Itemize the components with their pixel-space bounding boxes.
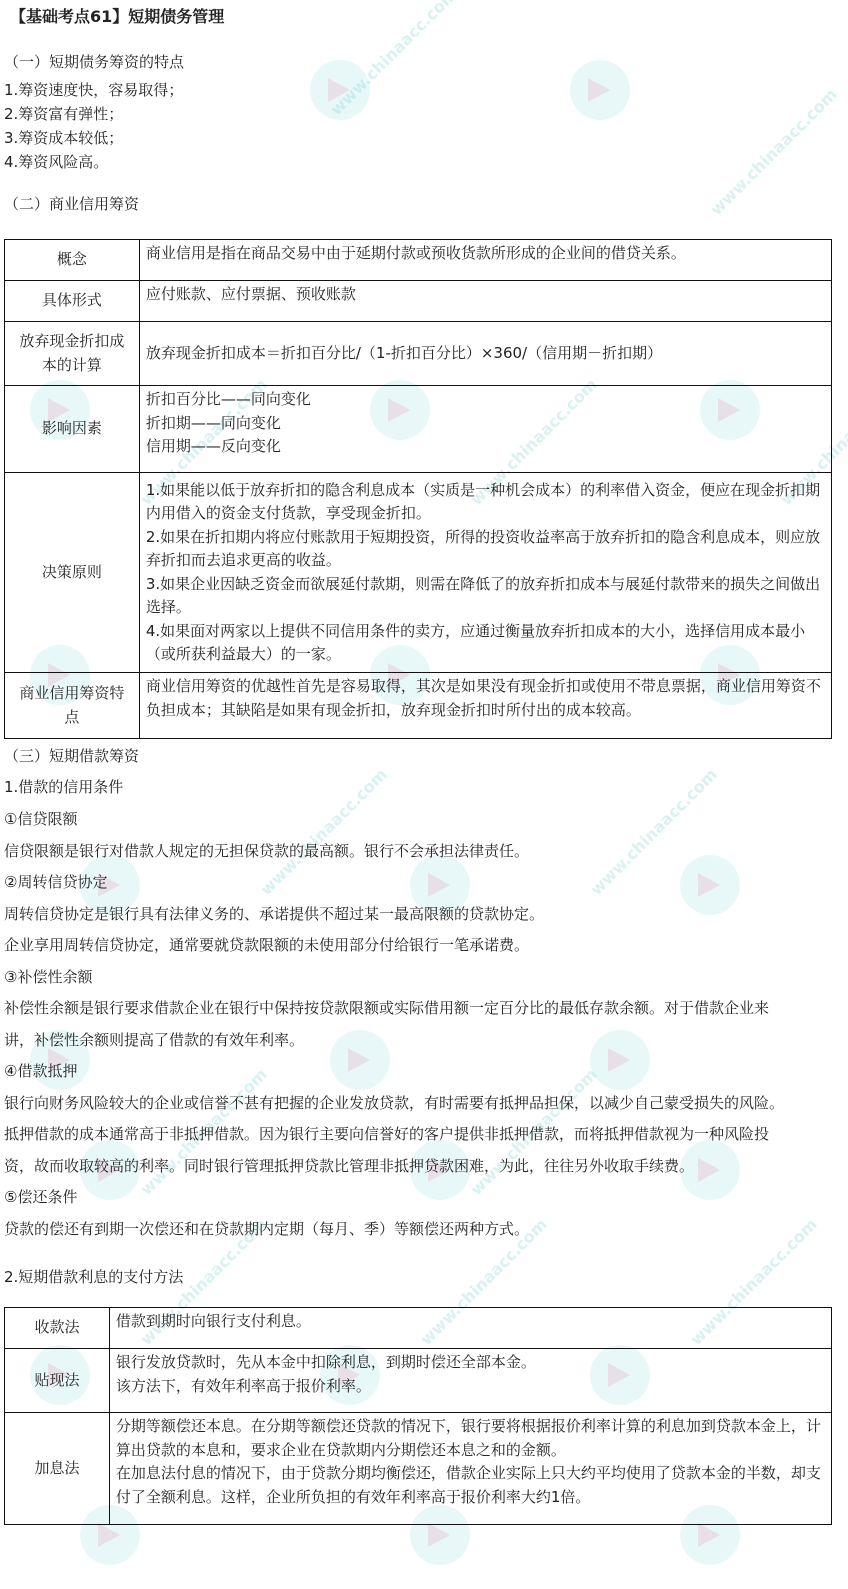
row-value: 商业信用是指在商品交易中由于延期付款或预收货款所形成的企业间的借贷关系。 xyxy=(139,240,831,281)
list-item: 2.筹资富有弹性； xyxy=(4,104,123,124)
row-line: 应付账款、应付票据、预收账款 xyxy=(146,283,825,307)
section-heading: （三）短期借款筹资 xyxy=(4,746,139,766)
paragraph: 企业享用周转信贷协定，通常要就贷款限额的未使用部分付给银行一笔承诺费。 xyxy=(4,935,529,955)
row-key-line: 点 xyxy=(9,706,135,730)
watermark-logo-icon xyxy=(330,1030,390,1090)
paragraph: ④借款抵押 xyxy=(4,1061,77,1081)
row-line: 2.如果在折扣期内将应付账款用于短期投资，所得的投资收益率高于放弃折扣的隐含利息… xyxy=(146,526,825,573)
row-key: 决策原则 xyxy=(5,473,140,673)
page-title: 【基础考点61】短期债务管理 xyxy=(10,4,224,27)
row-key: 放弃现金折扣成 本的计算 xyxy=(5,322,140,386)
row-line: 折扣期——同向变化 xyxy=(146,412,825,436)
commercial-credit-table: 概念 商业信用是指在商品交易中由于延期付款或预收货款所形成的企业间的借贷关系。 … xyxy=(4,239,832,739)
row-value: 放弃现金折扣成本＝折扣百分比/（1-折扣百分比）×360/（信用期－折扣期） xyxy=(139,322,831,386)
row-key-line: 放弃现金折扣成 xyxy=(9,330,135,354)
list-item: 1.筹资速度快，容易取得； xyxy=(4,80,183,100)
watermark-text: www.chinaacc.com xyxy=(257,765,391,899)
paragraph: 讲，补偿性余额则提高了借款的有效年利率。 xyxy=(4,1030,304,1050)
row-value: 分期等额偿还本息。在分期等额偿还贷款的情况下，银行要将根据报价利率计算的利息加到… xyxy=(109,1413,831,1525)
row-line: 该方法下，有效年利率高于报价利率。 xyxy=(116,1375,825,1399)
row-key: 收款法 xyxy=(5,1308,110,1349)
row-key: 贴现法 xyxy=(5,1349,110,1413)
table-row: 商业信用筹资特 点 商业信用筹资的优越性首先是容易取得，其次是如果没有现金折扣或… xyxy=(5,673,832,739)
row-line: 折扣百分比——同向变化 xyxy=(146,388,825,412)
row-key: 加息法 xyxy=(5,1413,110,1525)
interest-payment-table: 收款法 借款到期时向银行支付利息。 贴现法 银行发放贷款时，先从本金中扣除利息，… xyxy=(4,1307,832,1525)
row-line: 4.如果面对两家以上提供不同信用条件的卖方，应通过衡量放弃折扣成本的大小，选择信… xyxy=(146,620,825,667)
paragraph: 贷款的偿还有到期一次偿还和在贷款期内定期（每月、季）等额偿还两种方式。 xyxy=(4,1219,529,1239)
paragraph: 抵押借款的成本通常高于非抵押借款。因为银行主要向信誉好的客户提供非抵押借款，而将… xyxy=(4,1124,769,1144)
row-value: 借款到期时向银行支付利息。 xyxy=(109,1308,831,1349)
table-row: 贴现法 银行发放贷款时，先从本金中扣除利息，到期时偿还全部本金。 该方法下，有效… xyxy=(5,1349,832,1413)
paragraph: 信贷限额是银行对借款人规定的无担保贷款的最高额。银行不会承担法律责任。 xyxy=(4,841,529,861)
row-key-line: 商业信用筹资特 xyxy=(9,682,135,706)
subsection-heading: 1.借款的信用条件 xyxy=(4,777,123,797)
table-row: 加息法 分期等额偿还本息。在分期等额偿还贷款的情况下，银行要将根据报价利率计算的… xyxy=(5,1413,832,1525)
table-row: 影响因素 折扣百分比——同向变化 折扣期——同向变化 信用期——反向变化 xyxy=(5,386,832,473)
paragraph: 补偿性余额是银行要求借款企业在银行中保持按贷款限额或实际借用额一定百分比的最低存… xyxy=(4,998,769,1018)
row-value: 1.如果能以低于放弃折扣的隐含利息成本（实质是一种机会成本）的利率借入资金，便应… xyxy=(139,473,831,673)
section-heading: （二）商业信用筹资 xyxy=(4,194,139,214)
table-row: 决策原则 1.如果能以低于放弃折扣的隐含利息成本（实质是一种机会成本）的利率借入… xyxy=(5,473,832,673)
paragraph: 周转信贷协定是银行具有法律义务的、承诺提供不超过某一最高限额的贷款协定。 xyxy=(4,904,544,924)
row-line: 银行发放贷款时，先从本金中扣除利息，到期时偿还全部本金。 xyxy=(116,1351,825,1375)
row-line: 借款到期时向银行支付利息。 xyxy=(116,1310,825,1334)
section-heading: （一）短期债务筹资的特点 xyxy=(4,52,184,72)
row-key: 概念 xyxy=(5,240,140,281)
row-line: 分期等额偿还本息。在分期等额偿还贷款的情况下，银行要将根据报价利率计算的利息加到… xyxy=(116,1415,825,1462)
subsection-heading: 2.短期借款利息的支付方法 xyxy=(4,1267,183,1287)
row-value: 应付账款、应付票据、预收账款 xyxy=(139,281,831,322)
watermark-logo-icon xyxy=(570,60,630,120)
watermark-text: www.chinaacc.com xyxy=(587,765,721,899)
row-value: 折扣百分比——同向变化 折扣期——同向变化 信用期——反向变化 xyxy=(139,386,831,473)
row-key-line: 本的计算 xyxy=(9,354,135,378)
watermark-text: www.chinaacc.com xyxy=(707,85,841,219)
list-item: 4.筹资风险高。 xyxy=(4,152,108,172)
table-row: 放弃现金折扣成 本的计算 放弃现金折扣成本＝折扣百分比/（1-折扣百分比）×36… xyxy=(5,322,832,386)
list-item: 3.筹资成本较低； xyxy=(4,128,123,148)
row-key: 商业信用筹资特 点 xyxy=(5,673,140,739)
row-line: 信用期——反向变化 xyxy=(146,435,825,459)
paragraph: 资，故而收取较高的利率。同时银行管理抵押贷款比管理非抵押贷款困难，为此，往往另外… xyxy=(4,1156,694,1176)
row-line: 1.如果能以低于放弃折扣的隐含利息成本（实质是一种机会成本）的利率借入资金，便应… xyxy=(146,479,825,526)
row-value: 银行发放贷款时，先从本金中扣除利息，到期时偿还全部本金。 该方法下，有效年利率高… xyxy=(109,1349,831,1413)
row-line: 在加息法付息的情况下，由于贷款分期均衡偿还，借款企业实际上只大约平均使用了贷款本… xyxy=(116,1462,825,1509)
watermark-logo-icon xyxy=(310,60,370,120)
paragraph: ①信贷限额 xyxy=(4,809,77,829)
watermark-logo-icon xyxy=(680,855,740,915)
table-row: 收款法 借款到期时向银行支付利息。 xyxy=(5,1308,832,1349)
table-row: 概念 商业信用是指在商品交易中由于延期付款或预收货款所形成的企业间的借贷关系。 xyxy=(5,240,832,281)
table-row: 具体形式 应付账款、应付票据、预收账款 xyxy=(5,281,832,322)
row-line: 3.如果企业因缺乏资金而欲展延付款期，则需在降低了的放弃折扣成本与展延付款带来的… xyxy=(146,573,825,620)
paragraph: 银行向财务风险较大的企业或信誉不甚有把握的企业发放贷款，有时需要有抵押品担保，以… xyxy=(4,1093,784,1113)
row-line: 商业信用筹资的优越性首先是容易取得，其次是如果没有现金折扣或使用不带息票据，商业… xyxy=(146,675,825,722)
watermark-text: www.chinaacc.com xyxy=(327,0,461,119)
watermark-logo-icon xyxy=(590,1030,650,1090)
paragraph: ③补偿性余额 xyxy=(4,967,92,987)
row-key: 影响因素 xyxy=(5,386,140,473)
paragraph: ②周转信贷协定 xyxy=(4,872,107,892)
row-key: 具体形式 xyxy=(5,281,140,322)
row-value: 商业信用筹资的优越性首先是容易取得，其次是如果没有现金折扣或使用不带息票据，商业… xyxy=(139,673,831,739)
row-line: 放弃现金折扣成本＝折扣百分比/（1-折扣百分比）×360/（信用期－折扣期） xyxy=(146,342,825,366)
paragraph: ⑤偿还条件 xyxy=(4,1187,77,1207)
row-line: 商业信用是指在商品交易中由于延期付款或预收货款所形成的企业间的借贷关系。 xyxy=(146,242,825,266)
